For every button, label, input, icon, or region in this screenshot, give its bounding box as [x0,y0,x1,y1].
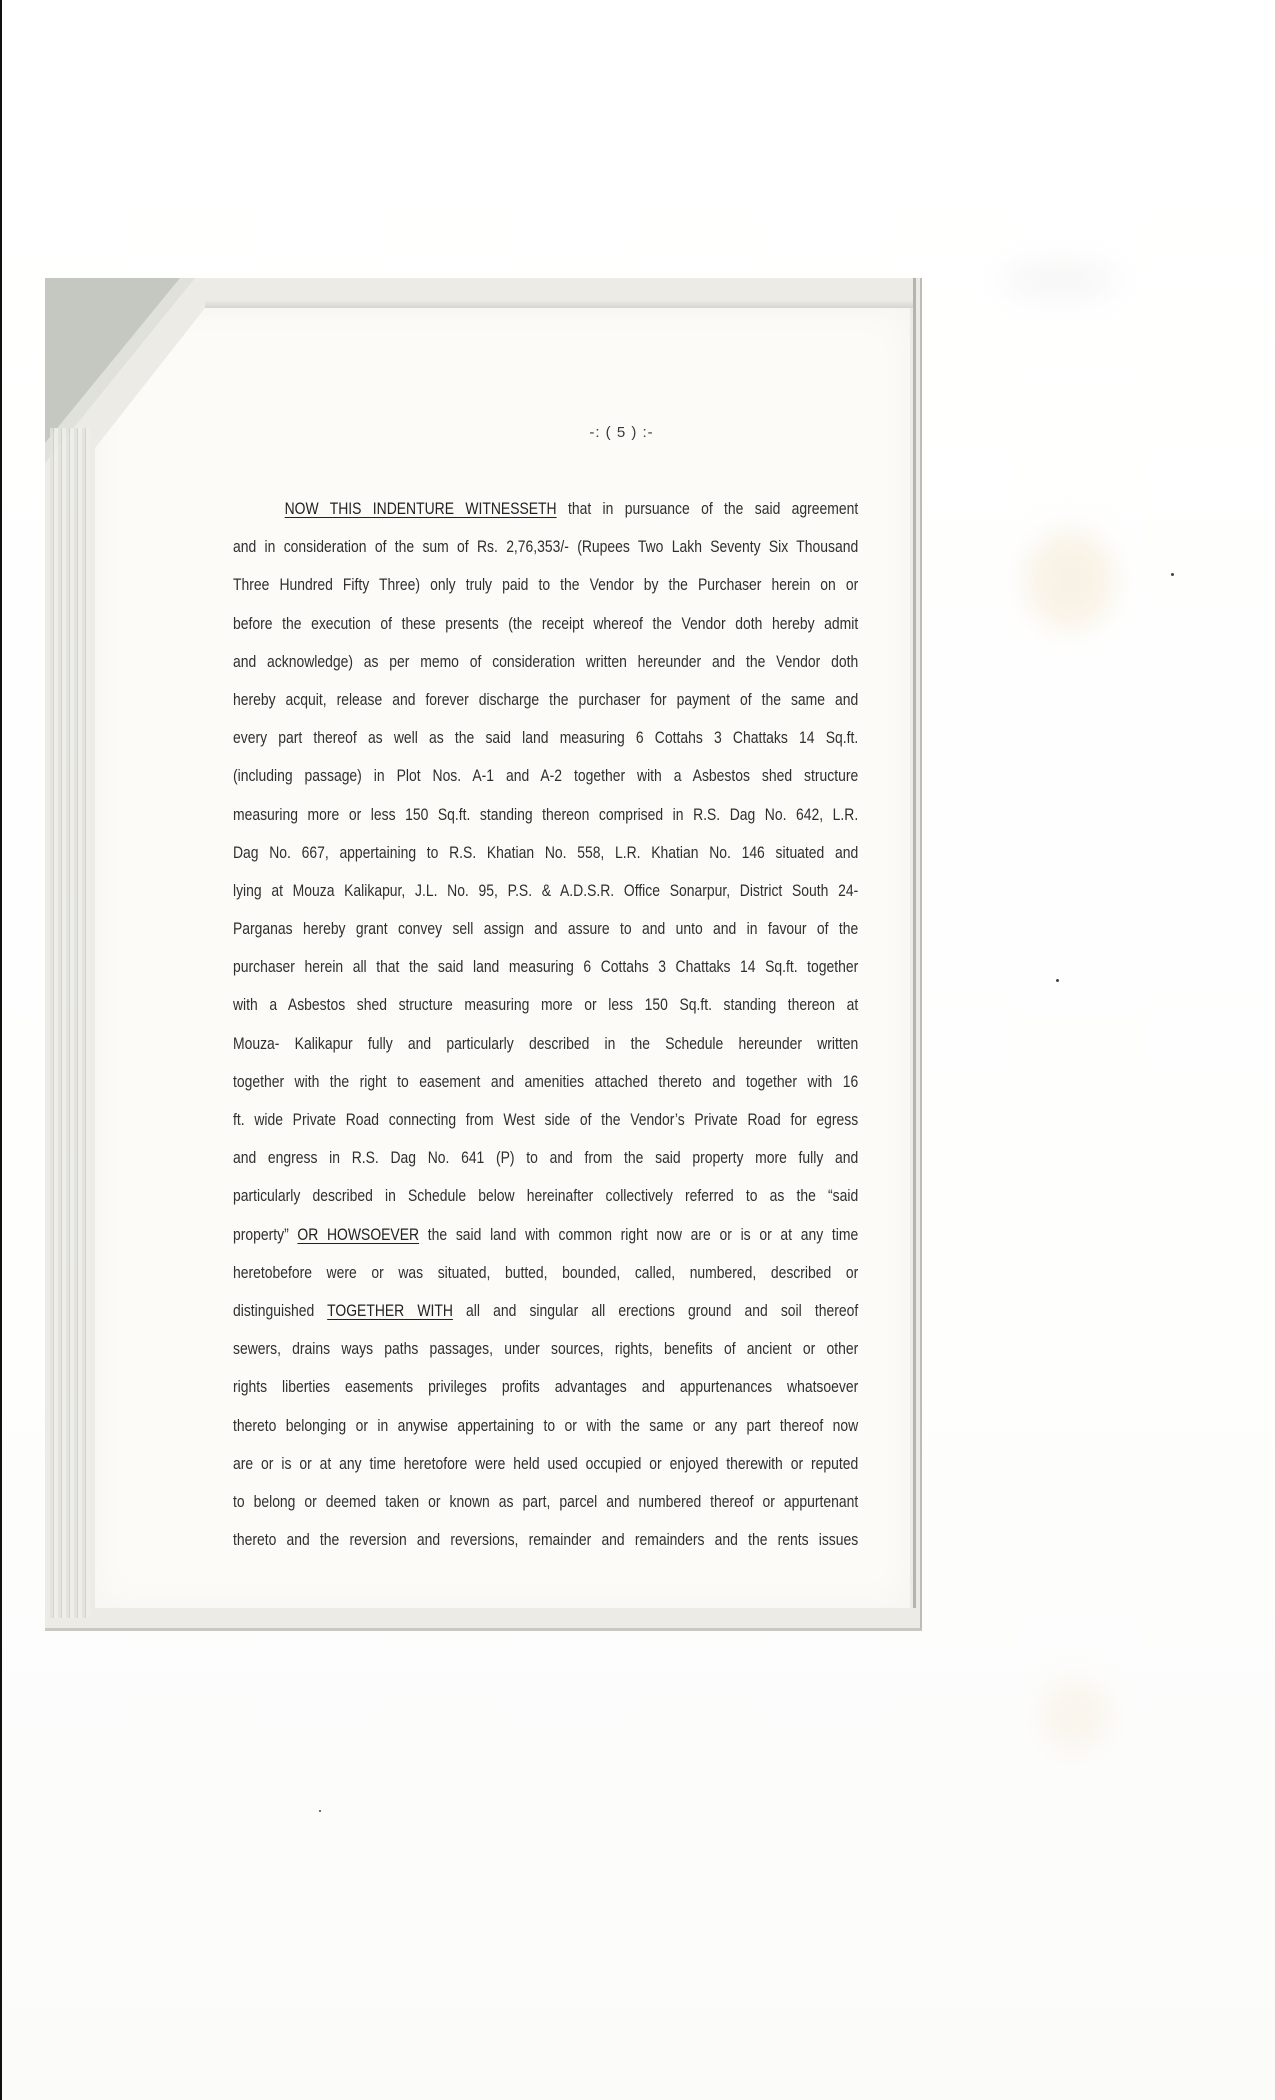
dust-speck [1056,979,1059,982]
text-segment: ft. wide Private Road connecting from We… [233,1111,858,1129]
text-line: with a Asbestos shed structure measuring… [233,986,858,1024]
text-segment: thereto and the reversion and reversions… [233,1531,858,1549]
page-number-text: -: ( 5 ) :- [589,424,653,441]
text-segment: Parganas hereby grant convey sell assign… [233,920,858,938]
text-segment: Three Hundred Fifty Three) only truly pa… [233,576,858,594]
text-line: rights liberties easements privileges pr… [233,1368,858,1406]
text-segment: purchaser herein all that the said land … [233,958,858,976]
text-segment: (including passage) in Plot Nos. A-1 and… [233,767,858,785]
underlined-heading: OR HOWSOEVER [297,1226,419,1244]
text-line: are or is or at any time heretofore were… [233,1445,858,1483]
text-line: Dag No. 667, appertaining to R.S. Khatia… [233,834,858,872]
text-segment: every part thereof as well as the said l… [233,729,858,747]
text-segment: are or is or at any time heretofore were… [233,1455,858,1473]
text-line: particularly described in Schedule below… [233,1177,858,1215]
text-segment: before the execution of these presents (… [233,615,858,633]
page-right-edge [913,278,916,1608]
text-line: Three Hundred Fifty Three) only truly pa… [233,566,858,604]
text-line: lying at Mouza Kalikapur, J.L. No. 95, P… [233,872,858,910]
text-line: NOW THIS INDENTURE WITNESSETH that in pu… [233,490,858,528]
text-segment: the said land with common right now are … [419,1226,858,1244]
text-segment: sewers, drains ways paths passages, unde… [233,1340,858,1358]
text-segment: to belong or deemed taken or known as pa… [233,1493,858,1511]
text-line: Parganas hereby grant convey sell assign… [233,910,858,948]
text-line: every part thereof as well as the said l… [233,719,858,757]
text-segment: all and singular all erections ground an… [453,1302,858,1320]
text-segment: heretobefore were or was situated, butte… [233,1264,858,1282]
underlined-heading: NOW THIS INDENTURE WITNESSETH [285,500,557,518]
text-segment: distinguished [233,1302,327,1320]
text-line: sewers, drains ways paths passages, unde… [233,1330,858,1368]
text-segment: and engress in R.S. Dag No. 641 (P) to a… [233,1149,858,1167]
paper-stain [1000,260,1120,300]
text-line: and engress in R.S. Dag No. 641 (P) to a… [233,1139,858,1177]
dust-speck [319,1810,321,1812]
paper-stain [1040,1680,1110,1750]
text-line: thereto belonging or in anywise appertai… [233,1407,858,1445]
page-number: -: ( 5 ) :- [0,424,1275,441]
text-segment: lying at Mouza Kalikapur, J.L. No. 95, P… [233,882,858,900]
text-segment: thereto belonging or in anywise appertai… [233,1417,858,1435]
text-segment: rights liberties easements privileges pr… [233,1378,858,1396]
text-segment: particularly described in Schedule below… [233,1187,858,1205]
deed-body-text: NOW THIS INDENTURE WITNESSETH that in pu… [233,490,858,1559]
page-edges [50,428,90,1618]
text-segment: hereby acquit, release and forever disch… [233,691,858,709]
text-line: distinguished TOGETHER WITH all and sing… [233,1292,858,1330]
underlined-heading: TOGETHER WITH [327,1302,453,1320]
text-segment: together with the right to easement and … [233,1073,858,1091]
text-segment: Mouza- Kalikapur fully and particularly … [233,1035,858,1053]
text-line: and in consideration of the sum of Rs. 2… [233,528,858,566]
text-segment: measuring more or less 150 Sq.ft. standi… [233,806,858,824]
text-line: (including passage) in Plot Nos. A-1 and… [233,757,858,795]
text-line: ft. wide Private Road connecting from We… [233,1101,858,1139]
text-line: before the execution of these presents (… [233,605,858,643]
page-top-edge [205,300,915,308]
text-line: to belong or deemed taken or known as pa… [233,1483,858,1521]
text-line: Mouza- Kalikapur fully and particularly … [233,1025,858,1063]
text-segment: Dag No. 667, appertaining to R.S. Khatia… [233,844,858,862]
text-segment: property” [233,1226,297,1244]
text-line: together with the right to easement and … [233,1063,858,1101]
dust-speck [1171,573,1174,576]
text-line: measuring more or less 150 Sq.ft. standi… [233,796,858,834]
text-line: thereto and the reversion and reversions… [233,1521,858,1559]
text-line: purchaser herein all that the said land … [233,948,858,986]
text-line: hereby acquit, release and forever disch… [233,681,858,719]
text-segment: that in pursuance of the said agreement [557,500,859,518]
paper-stain [1025,530,1115,630]
text-segment: and in consideration of the sum of Rs. 2… [233,538,858,556]
text-line: property” OR HOWSOEVER the said land wit… [233,1216,858,1254]
text-line: and acknowledge) as per memo of consider… [233,643,858,681]
text-segment: with a Asbestos shed structure measuring… [233,996,858,1014]
text-segment: and acknowledge) as per memo of consider… [233,653,858,671]
text-line: heretobefore were or was situated, butte… [233,1254,858,1292]
